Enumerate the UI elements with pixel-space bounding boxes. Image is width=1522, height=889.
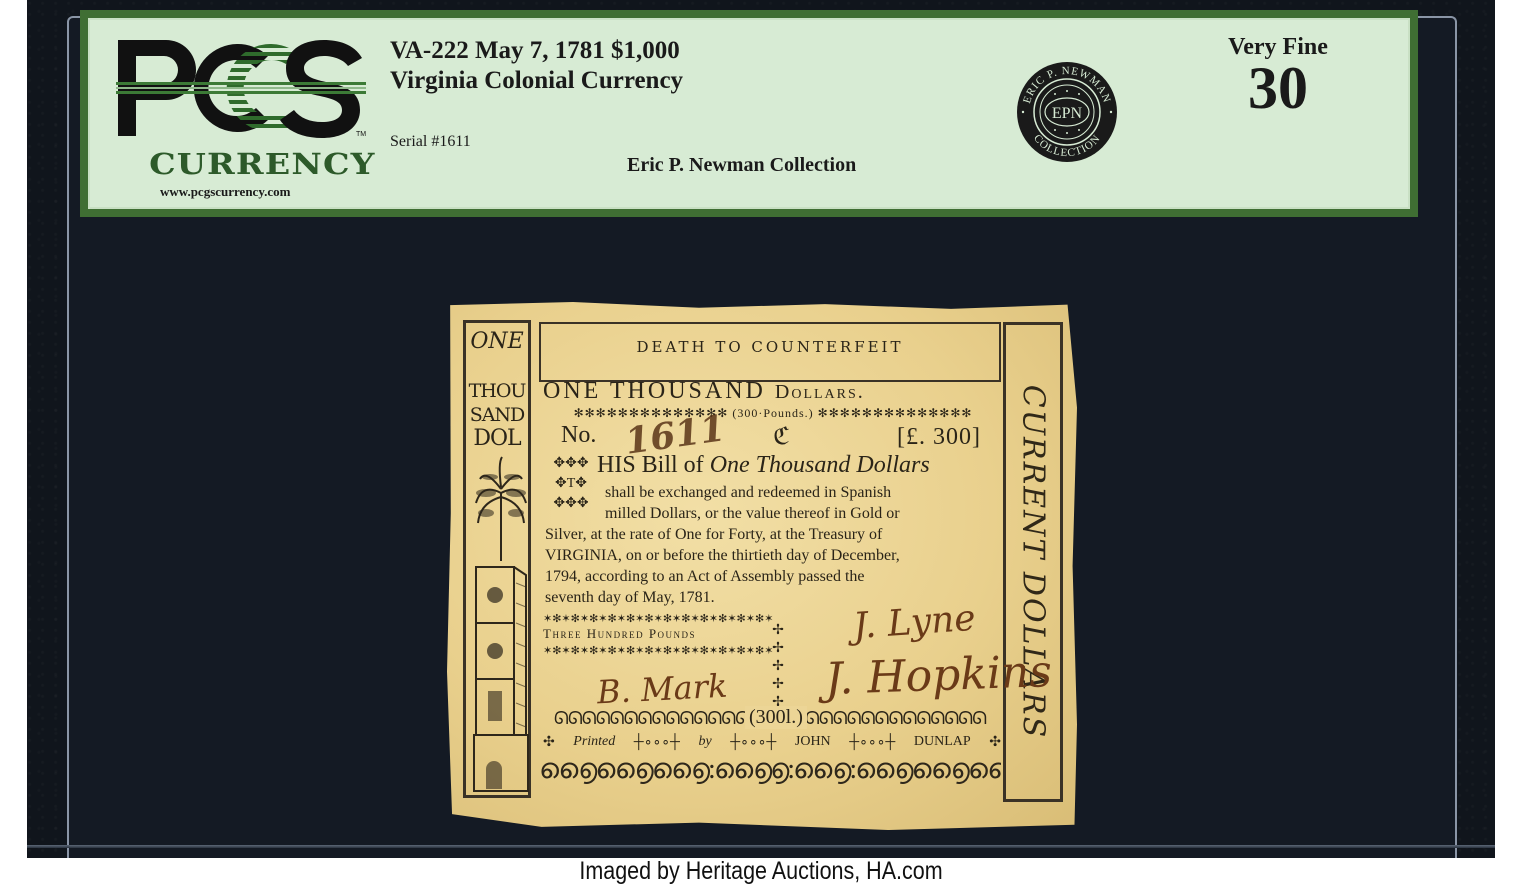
signature: J. Hopkins	[824, 646, 1053, 705]
grading-label: TM CURRENCY www.pcgscurrency.com VA-222 …	[80, 10, 1418, 217]
ornament-border-row: ✶✻✶✻✶✻✶✻✶✻✶✻✶✻✶✻✶✻✶✻✶✻✶✻✶✻✶✻	[543, 612, 773, 625]
ornament-stars: ) ✻✻✻✻✻✻✻✻✻✻✻✻✻✻	[809, 406, 973, 420]
three-hundred-pounds: Three Hundred Pounds	[543, 626, 696, 642]
imprint-divider: ┼∘∘∘┼	[634, 734, 680, 751]
banner-text: DEATH TO COUNTERFEIT	[541, 338, 999, 356]
grading-label-face: TM CURRENCY www.pcgscurrency.com VA-222 …	[88, 18, 1410, 209]
left-panel-one: ONE	[466, 329, 528, 354]
counterfeit-warning-banner: DEATH TO COUNTERFEIT	[539, 322, 1001, 382]
body-line: VIRGINIA, on or before the thirtieth day…	[545, 545, 1001, 566]
note-category: Virginia Colonial Currency	[390, 66, 683, 96]
plate-letter: ℭ	[773, 422, 790, 451]
imprint-word: DUNLAP	[914, 734, 971, 751]
left-panel-word: SAND	[466, 403, 528, 427]
imprint-ornament: ✣	[989, 734, 1001, 751]
pedigree-collection: Eric P. Newman Collection	[627, 154, 856, 177]
svg-text:TM: TM	[356, 131, 366, 138]
imprint-word: Printed	[573, 734, 615, 751]
scroll-ornament-row: ൭ൈ൭ൈ൭ൈ:൭ൈ൭:൭ൈ:൭ൈ൭ൈ൭ൈ൭ൈ	[539, 754, 1001, 794]
denomination-headline: ONE THOUSAND Dollars.	[543, 378, 1003, 405]
epn-collection-seal-icon: ERIC P. NEWMAN COLLECTION EPN	[1015, 60, 1119, 164]
imprint-word: JOHN	[795, 734, 831, 751]
slab-bottom-edge	[27, 845, 1495, 848]
image-credit: Imaged by Heritage Auctions, HA.com	[107, 857, 1416, 886]
pounds-value: [£. 300]	[897, 424, 981, 451]
body-line: 1794, according to an Act of Assembly pa…	[545, 566, 1001, 587]
pcgs-currency-wordmark: CURRENCY	[114, 147, 411, 181]
note-left-panel: ONE THOU SAND DOL	[463, 320, 531, 798]
grade-number: 30	[1208, 56, 1348, 120]
pcgs-website: www.pcgscurrency.com	[160, 184, 290, 200]
amount-short: (300l.)	[745, 706, 807, 729]
left-panel-word: THOU	[466, 379, 528, 403]
ornament-diamonds: ✥✥✥	[545, 454, 597, 474]
serial-number: Serial #1611	[390, 133, 471, 151]
bill-lead-line: HIS Bill of One Thousand Dollars	[597, 452, 930, 479]
ornament-border-row: ✶✻✶✻✶✻✶✻✶✻✶✻✶✻✶✻✶✻✶✻✶✻✶✻✶✻✶✻	[543, 644, 773, 657]
pounds-ornament-row: ✻✻✻✻✻✻✻✻✻✻✻✻✻✻ (300·Pounds.) ✻✻✻✻✻✻✻✻✻✻✻…	[543, 406, 1003, 421]
body-line: shall be exchanged and redeemed in Spani…	[545, 482, 1001, 503]
tower-building-icon	[470, 563, 530, 793]
signature: B. Mark	[596, 667, 728, 712]
bill-body-text: shall be exchanged and redeemed in Spani…	[545, 482, 1001, 608]
signature: J. Lyne	[852, 598, 977, 647]
note-catalog-title: VA-222 May 7, 1781 $1,000	[390, 36, 680, 66]
body-line: Silver, at the rate of One for Forty, at…	[545, 524, 1001, 545]
banknote: ONE THOU SAND DOL	[447, 302, 1077, 830]
imprint-divider: ┼∘∘∘┼	[730, 734, 776, 751]
note-right-panel: CURRENT DOLLARS	[1003, 322, 1063, 802]
imprint-divider: ┼∘∘∘┼	[849, 734, 895, 751]
svg-text:EPN: EPN	[1052, 105, 1083, 122]
imprint-ornament: ✣	[543, 734, 555, 751]
denomination-caps: ONE THOUSAND	[543, 378, 766, 404]
bill-lead-caps: HIS Bill of	[597, 452, 710, 478]
printer-imprint: ✣ Printed ┼∘∘∘┼ by ┼∘∘∘┼ JOHN ┼∘∘∘┼ DUNL…	[543, 734, 1001, 751]
pcgs-logo-icon: TM	[108, 32, 374, 142]
body-line: milled Dollars, or the value thereof in …	[545, 503, 1001, 524]
number-label: No.	[561, 422, 596, 449]
pounds-small: 300·Pounds.	[737, 406, 808, 420]
imprint-word: by	[698, 734, 711, 751]
bill-lead-italic: One Thousand Dollars	[710, 452, 930, 478]
palm-tree-icon	[472, 453, 530, 563]
denomination-unit: Dollars.	[775, 381, 865, 403]
left-panel-word: DOL	[466, 427, 528, 451]
